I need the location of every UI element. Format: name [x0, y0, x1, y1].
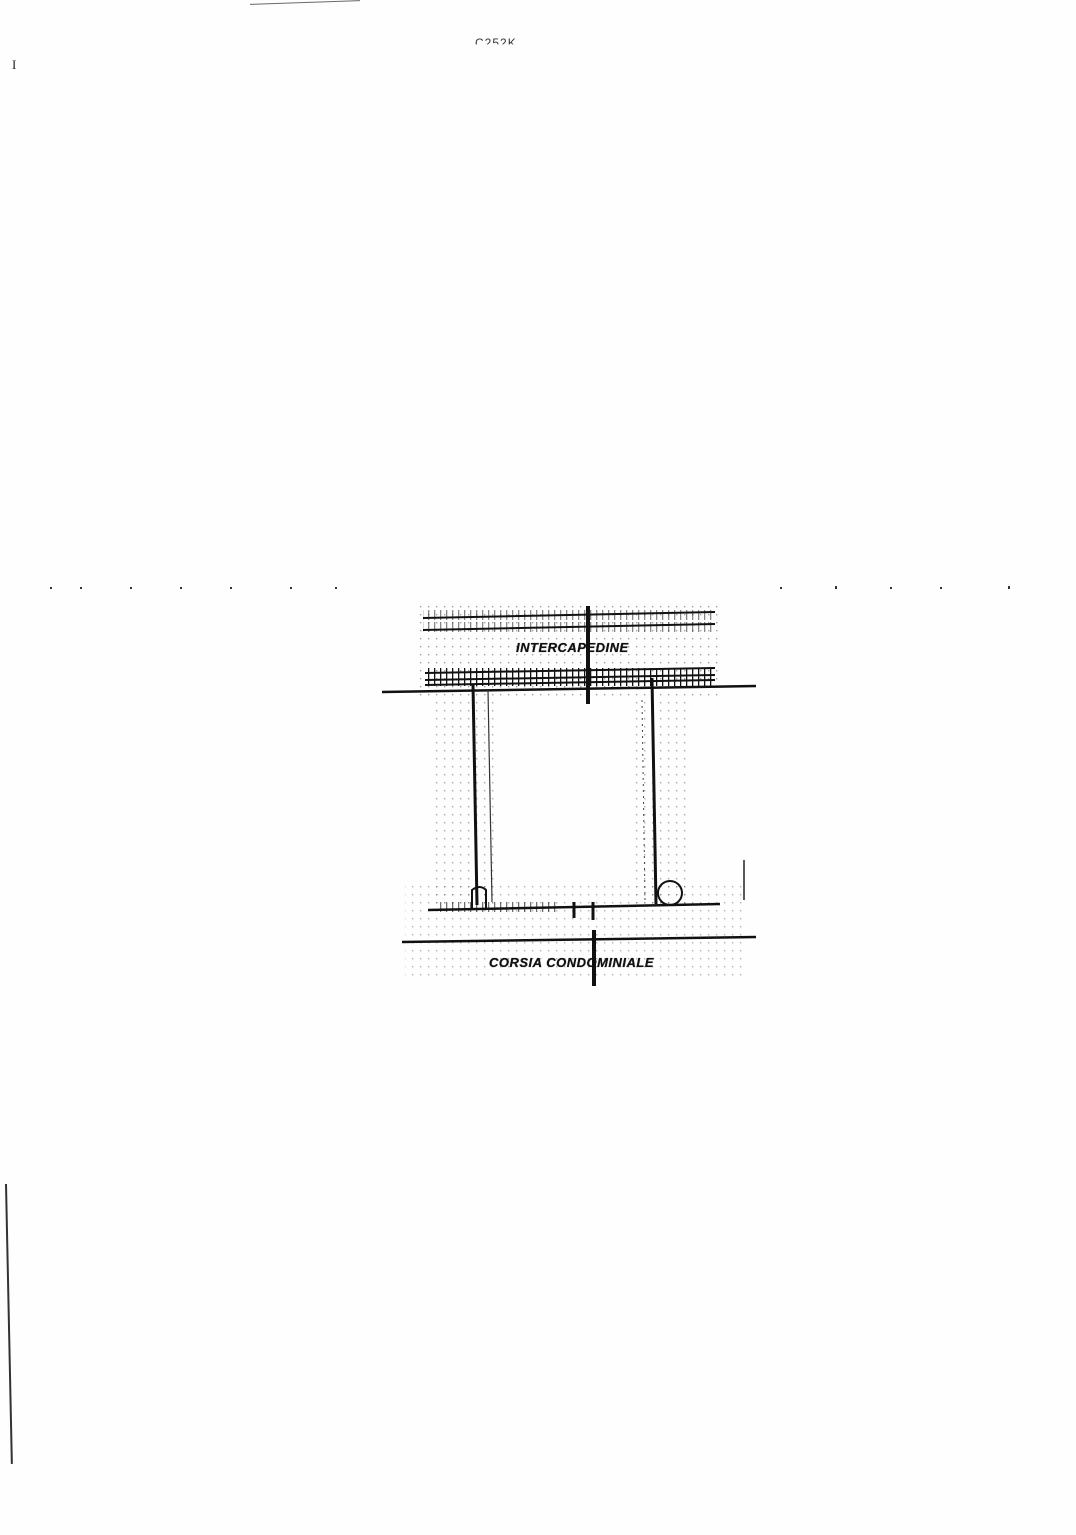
label-intercapedine: INTERCAPEDINE: [516, 640, 629, 655]
margin-mark: I: [12, 57, 16, 73]
scan-edge-line: [5, 1184, 12, 1464]
document-header-code: ...C252K: [462, 36, 517, 50]
scanned-page: ...C252K I: [0, 0, 1076, 1535]
label-corsia-condominiale: CORSIA CONDOMINIALE: [489, 955, 654, 970]
scan-artifact-stroke: [250, 0, 360, 7]
